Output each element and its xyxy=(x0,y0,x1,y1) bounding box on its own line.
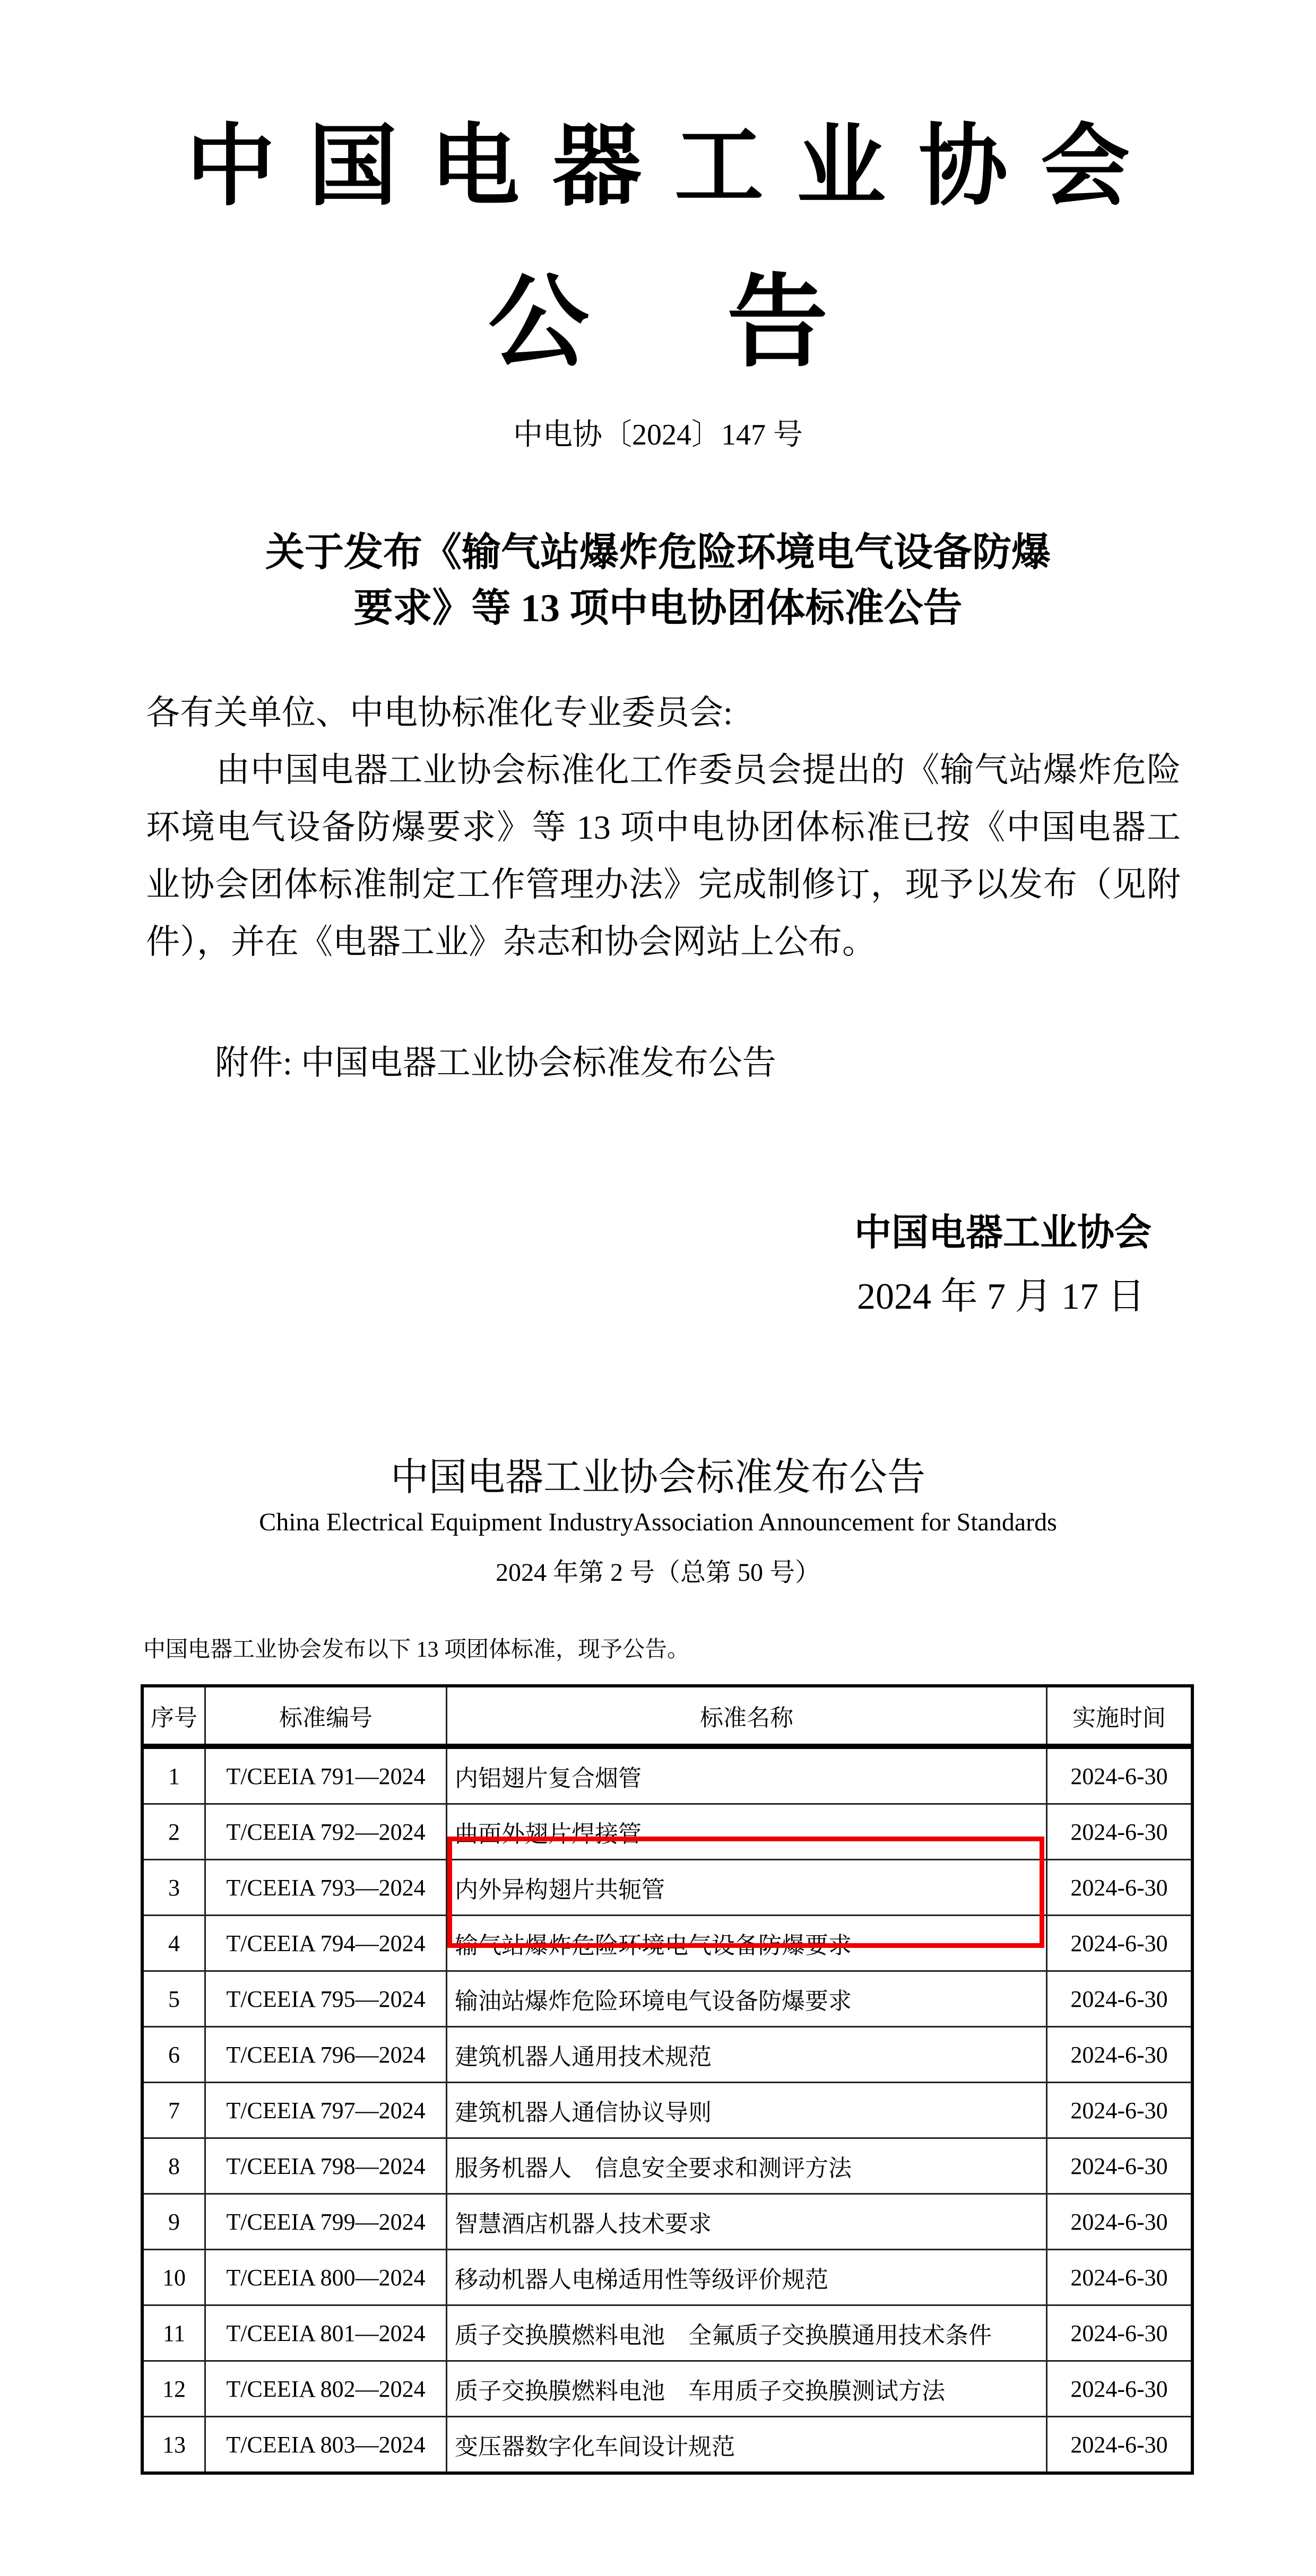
cell-code: T/CEEIA 800—2024 xyxy=(205,2250,447,2305)
cell-date: 2024-6-30 xyxy=(1047,2250,1193,2305)
cell-seq: 11 xyxy=(142,2305,205,2361)
cell-date: 2024-6-30 xyxy=(1047,1860,1193,1916)
cell-code: T/CEEIA 791—2024 xyxy=(205,1746,447,1804)
cell-date: 2024-6-30 xyxy=(1047,2361,1193,2417)
organization-title: 中国电器工业协会 xyxy=(0,114,1316,220)
cell-code: T/CEEIA 799—2024 xyxy=(205,2194,447,2250)
cell-name: 建筑机器人通信协议导则 xyxy=(447,2083,1047,2138)
table-row: 8T/CEEIA 798—2024服务机器人 信息安全要求和测评方法2024-6… xyxy=(142,2138,1192,2194)
table-row: 12T/CEEIA 802—2024质子交换膜燃料电池 车用质子交换膜测试方法2… xyxy=(142,2361,1192,2417)
table-row: 4T/CEEIA 794—2024输气站爆炸危险环境电气设备防爆要求2024-6… xyxy=(142,1916,1192,1971)
cell-code: T/CEEIA 801—2024 xyxy=(205,2305,447,2361)
attachment-note: 附件: 中国电器工业协会标准发布公告 xyxy=(215,1034,776,1092)
cell-name: 输气站爆炸危险环境电气设备防爆要求 xyxy=(447,1916,1047,1971)
cell-seq: 7 xyxy=(142,2083,205,2138)
table-row: 7T/CEEIA 797—2024建筑机器人通信协议导则2024-6-30 xyxy=(142,2083,1192,2138)
header-seq: 序号 xyxy=(142,1686,205,1746)
cell-seq: 12 xyxy=(142,2361,205,2417)
cell-seq: 5 xyxy=(142,1971,205,2027)
cell-date: 2024-6-30 xyxy=(1047,2083,1193,2138)
cell-code: T/CEEIA 803—2024 xyxy=(205,2417,447,2474)
cell-code: T/CEEIA 797—2024 xyxy=(205,2083,447,2138)
cell-date: 2024-6-30 xyxy=(1047,2194,1193,2250)
cell-seq: 3 xyxy=(142,1860,205,1916)
cell-date: 2024-6-30 xyxy=(1047,1804,1193,1860)
cell-code: T/CEEIA 795—2024 xyxy=(205,1971,447,2027)
cell-date: 2024-6-30 xyxy=(1047,2027,1193,2083)
cell-name: 变压器数字化车间设计规范 xyxy=(447,2417,1047,2474)
salutation: 各有关单位、中电协标准化专业委员会: xyxy=(146,684,1181,742)
document-number: 中电协〔2024〕147 号 xyxy=(0,414,1316,456)
table-header-row: 序号 标准编号 标准名称 实施时间 xyxy=(142,1686,1192,1746)
cell-seq: 9 xyxy=(142,2194,205,2250)
cell-seq: 2 xyxy=(142,1804,205,1860)
announcement-issue-number: 2024 年第 2 号（总第 50 号） xyxy=(0,1554,1316,1591)
cell-seq: 1 xyxy=(142,1746,205,1804)
cell-name: 服务机器人 信息安全要求和测评方法 xyxy=(447,2138,1047,2194)
cell-name: 输油站爆炸危险环境电气设备防爆要求 xyxy=(447,1971,1047,2027)
subject-line-1: 关于发布《输气站爆炸危险环境电气设备防爆 xyxy=(0,525,1316,581)
header-name: 标准名称 xyxy=(447,1686,1047,1746)
table-row: 11T/CEEIA 801—2024质子交换膜燃料电池 全氟质子交换膜通用技术条… xyxy=(142,2305,1192,2361)
header-date: 实施时间 xyxy=(1047,1686,1193,1746)
table-row: 1T/CEEIA 791—2024内铝翅片复合烟管2024-6-30 xyxy=(142,1746,1192,1804)
cell-code: T/CEEIA 798—2024 xyxy=(205,2138,447,2194)
cell-seq: 13 xyxy=(142,2417,205,2474)
cell-name: 移动机器人电梯适用性等级评价规范 xyxy=(447,2250,1047,2305)
announcement-lead-text: 中国电器工业协会发布以下 13 项团体标准，现予公告。 xyxy=(143,1634,689,1666)
cell-date: 2024-6-30 xyxy=(1047,2417,1193,2474)
cell-name: 内铝翅片复合烟管 xyxy=(447,1746,1047,1804)
cell-code: T/CEEIA 802—2024 xyxy=(205,2361,447,2417)
cell-date: 2024-6-30 xyxy=(1047,1746,1193,1804)
table-row: 9T/CEEIA 799—2024智慧酒店机器人技术要求2024-6-30 xyxy=(142,2194,1192,2250)
header-code: 标准编号 xyxy=(205,1686,447,1746)
cell-seq: 6 xyxy=(142,2027,205,2083)
cell-name: 曲面外翅片焊接管 xyxy=(447,1804,1047,1860)
cell-name: 内外异构翅片共轭管 xyxy=(447,1860,1047,1916)
table-row: 3T/CEEIA 793—2024内外异构翅片共轭管2024-6-30 xyxy=(142,1860,1192,1916)
signer: 中国电器工业协会 xyxy=(854,1207,1151,1260)
cell-name: 质子交换膜燃料电池 车用质子交换膜测试方法 xyxy=(447,2361,1047,2417)
cell-date: 2024-6-30 xyxy=(1047,2305,1193,2361)
table-row: 5T/CEEIA 795—2024输油站爆炸危险环境电气设备防爆要求2024-6… xyxy=(142,1971,1192,2027)
signature-date: 2024 年 7 月 17 日 xyxy=(857,1270,1145,1324)
cell-code: T/CEEIA 796—2024 xyxy=(205,2027,447,2083)
announcement-title-english: China Electrical Equipment IndustryAssoc… xyxy=(0,1504,1316,1541)
cell-seq: 10 xyxy=(142,2250,205,2305)
document-type-char-2: 告 xyxy=(727,268,828,379)
cell-code: T/CEEIA 794—2024 xyxy=(205,1916,447,1971)
cell-code: T/CEEIA 793—2024 xyxy=(205,1860,447,1916)
table-row: 13T/CEEIA 803—2024变压器数字化车间设计规范2024-6-30 xyxy=(142,2417,1192,2474)
cell-date: 2024-6-30 xyxy=(1047,2138,1193,2194)
document-type-char-1: 公 xyxy=(488,265,589,382)
standards-table: 序号 标准编号 标准名称 实施时间 1T/CEEIA 791—2024内铝翅片复… xyxy=(141,1684,1194,2475)
cell-date: 2024-6-30 xyxy=(1047,1971,1193,2027)
cell-date: 2024-6-30 xyxy=(1047,1916,1193,1971)
table-row: 6T/CEEIA 796—2024建筑机器人通用技术规范2024-6-30 xyxy=(142,2027,1192,2083)
table-row: 2T/CEEIA 792—2024曲面外翅片焊接管2024-6-30 xyxy=(142,1804,1192,1860)
cell-name: 质子交换膜燃料电池 全氟质子交换膜通用技术条件 xyxy=(447,2305,1047,2361)
cell-name: 智慧酒店机器人技术要求 xyxy=(447,2194,1047,2250)
cell-seq: 8 xyxy=(142,2138,205,2194)
subject-line-2: 要求》等 13 项中电协团体标准公告 xyxy=(0,581,1316,637)
table-row: 10T/CEEIA 800—2024移动机器人电梯适用性等级评价规范2024-6… xyxy=(142,2250,1192,2305)
subject-heading: 关于发布《输气站爆炸危险环境电气设备防爆 要求》等 13 项中电协团体标准公告 xyxy=(0,525,1316,637)
document-type-heading: 公告 xyxy=(0,265,1316,382)
body-paragraph: 由中国电器工业协会标准化工作委员会提出的《输气站爆炸危险环境电气设备防爆要求》等… xyxy=(146,742,1181,971)
cell-name: 建筑机器人通用技术规范 xyxy=(447,2027,1047,2083)
announcement-title: 中国电器工业协会标准发布公告 xyxy=(0,1451,1316,1504)
cell-code: T/CEEIA 792—2024 xyxy=(205,1804,447,1860)
cell-seq: 4 xyxy=(142,1916,205,1971)
